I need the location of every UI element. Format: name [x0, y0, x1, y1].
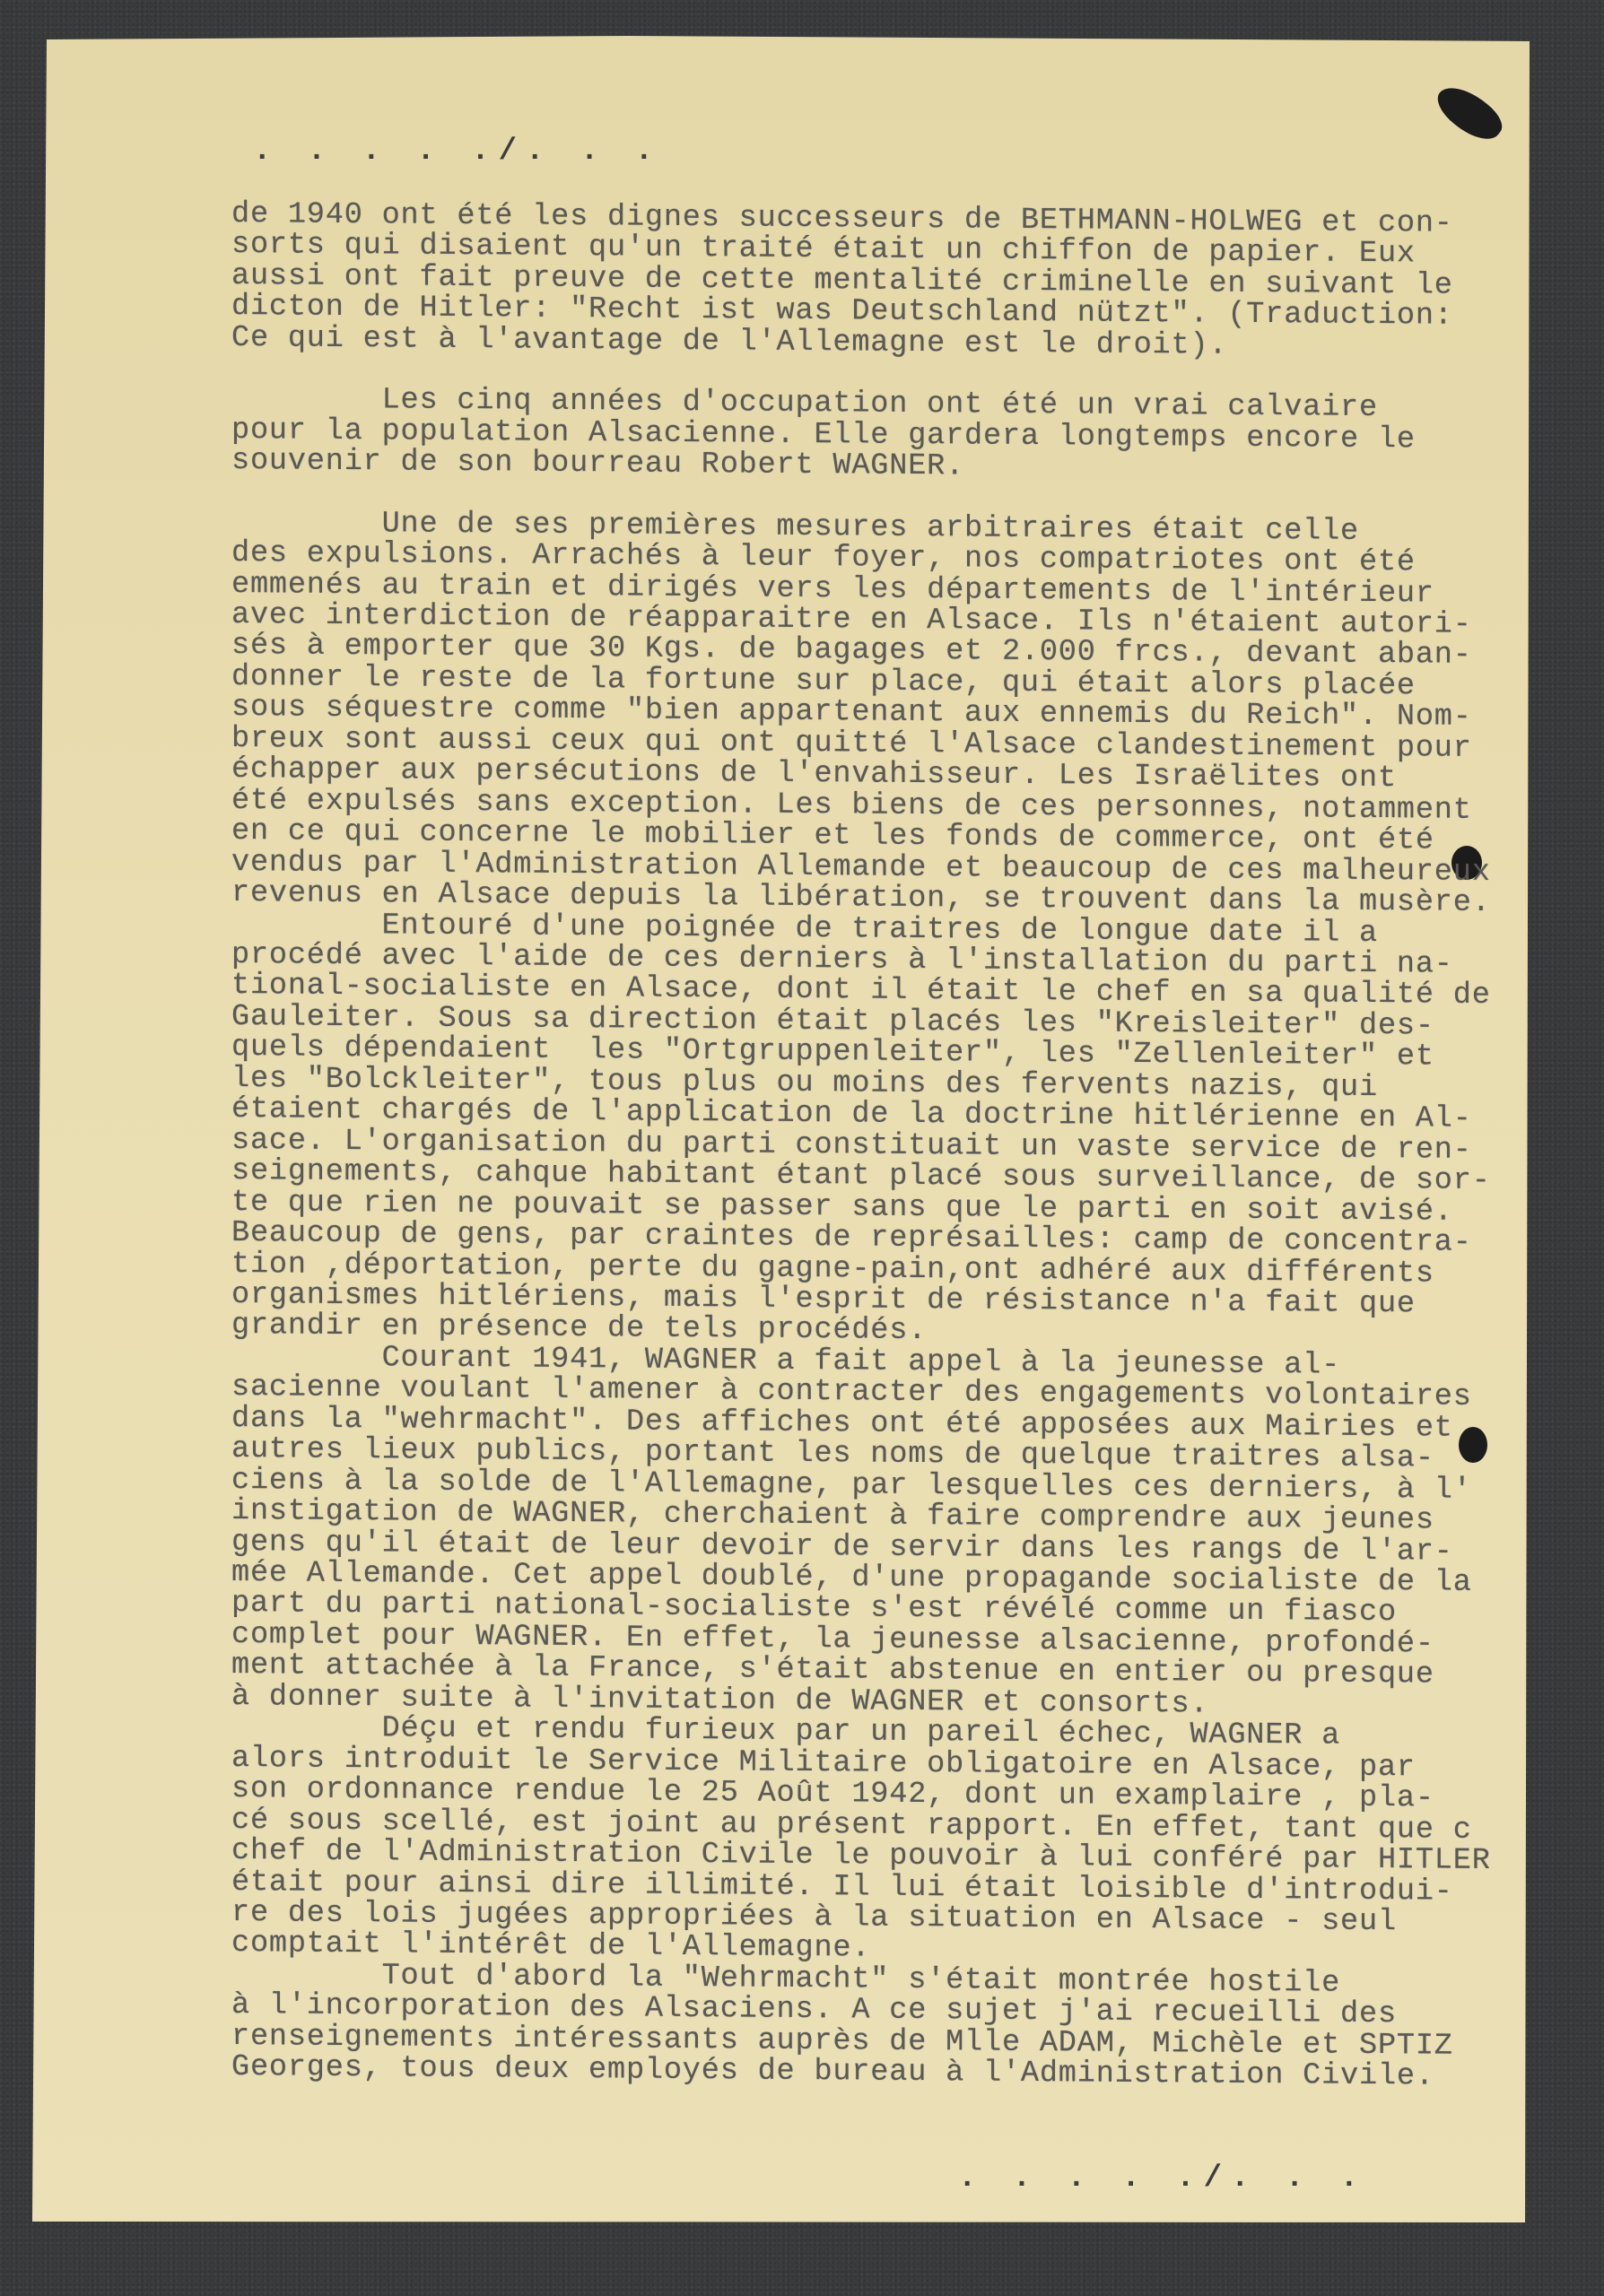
- page-continuation-bottom: . . . . ./. . .: [958, 2161, 1367, 2196]
- paragraph: Entouré d'une poignée de traitres de lon…: [231, 909, 1491, 1352]
- paragraph: Courant 1941, WAGNER a fait appel à la j…: [231, 1342, 1491, 1722]
- paragraph: Une de ses premières mesures arbitraires…: [231, 508, 1491, 919]
- page-continuation-top: . . . . ./. . .: [253, 135, 662, 169]
- paragraph: Tout d'abord la "Wehrmacht" s'était mont…: [231, 1960, 1491, 2093]
- paragraph: Les cinq années d'occupation ont été un …: [231, 384, 1491, 486]
- paragraph: de 1940 ont été les dignes successeurs d…: [231, 199, 1491, 363]
- paragraph: Déçu et rendu furieux par un pareil éche…: [231, 1712, 1491, 1970]
- document-body: de 1940 ont été les dignes successeurs d…: [231, 199, 1491, 2093]
